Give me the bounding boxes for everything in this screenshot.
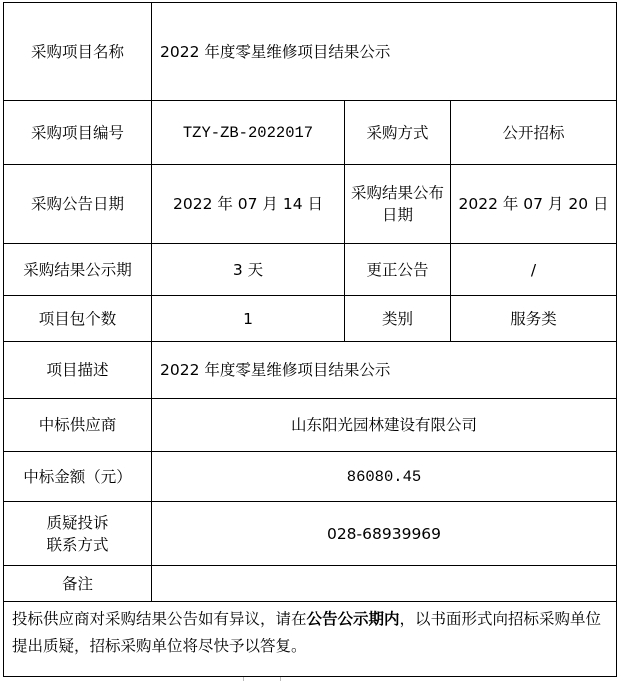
procurement-result-table: 采购项目名称 2022 年度零星维修项目结果公示 采购项目编号 TZY-ZB-2… — [3, 2, 617, 677]
label-announce-date: 采购公告日期 — [4, 165, 152, 244]
value-description: 2022 年度零星维修项目结果公示 — [152, 342, 617, 399]
label-result-publish-date: 采购结果公布日期 — [345, 165, 451, 244]
row-result-period: 采购结果公示期 3 天 更正公告 / — [4, 244, 617, 296]
value-remarks — [152, 566, 617, 602]
label-category: 类别 — [345, 296, 451, 342]
value-category: 服务类 — [451, 296, 617, 342]
value-package-count: 1 — [152, 296, 345, 342]
value-result-period: 3 天 — [152, 244, 345, 296]
label-supplier: 中标供应商 — [4, 399, 152, 452]
notice-text-1: 投标供应商对采购结果公告如有异议，请在 — [12, 610, 307, 628]
row-remarks: 备注 — [4, 566, 617, 602]
value-correction-notice: / — [451, 244, 617, 296]
value-contact: 028-68939969 — [152, 502, 617, 566]
label-amount: 中标金额（元） — [4, 452, 152, 502]
value-supplier: 山东阳光园林建设有限公司 — [152, 399, 617, 452]
notice-text-bold: 公告公示期内 — [307, 610, 400, 628]
value-amount: 86080.45 — [152, 452, 617, 502]
row-supplier: 中标供应商 山东阳光园林建设有限公司 — [4, 399, 617, 452]
value-project-name: 2022 年度零星维修项目结果公示 — [152, 3, 617, 101]
row-project-name: 采购项目名称 2022 年度零星维修项目结果公示 — [4, 3, 617, 101]
row-amount: 中标金额（元） 86080.45 — [4, 452, 617, 502]
label-remarks: 备注 — [4, 566, 152, 602]
row-announce-date: 采购公告日期 2022 年 07 月 14 日 采购结果公布日期 2022 年 … — [4, 165, 617, 244]
row-contact: 质疑投诉联系方式 028-68939969 — [4, 502, 617, 566]
objection-notice: 投标供应商对采购结果公告如有异议，请在公告公示期内，以书面形式向招标采购单位提出… — [4, 602, 617, 677]
value-project-no: TZY-ZB-2022017 — [152, 101, 345, 165]
row-package-count: 项目包个数 1 类别 服务类 — [4, 296, 617, 342]
label-correction-notice: 更正公告 — [345, 244, 451, 296]
label-contact: 质疑投诉联系方式 — [4, 502, 152, 566]
row-notice: 投标供应商对采购结果公告如有异议，请在公告公示期内，以书面形式向招标采购单位提出… — [4, 602, 617, 677]
value-result-publish-date: 2022 年 07 月 20 日 — [451, 165, 617, 244]
row-description: 项目描述 2022 年度零星维修项目结果公示 — [4, 342, 617, 399]
value-announce-date: 2022 年 07 月 14 日 — [152, 165, 345, 244]
label-result-period: 采购结果公示期 — [4, 244, 152, 296]
scrollbar-stub — [243, 677, 281, 681]
row-project-no: 采购项目编号 TZY-ZB-2022017 采购方式 公开招标 — [4, 101, 617, 165]
label-procurement-method: 采购方式 — [345, 101, 451, 165]
label-project-no: 采购项目编号 — [4, 101, 152, 165]
label-project-name: 采购项目名称 — [4, 3, 152, 101]
value-procurement-method: 公开招标 — [451, 101, 617, 165]
label-package-count: 项目包个数 — [4, 296, 152, 342]
label-description: 项目描述 — [4, 342, 152, 399]
